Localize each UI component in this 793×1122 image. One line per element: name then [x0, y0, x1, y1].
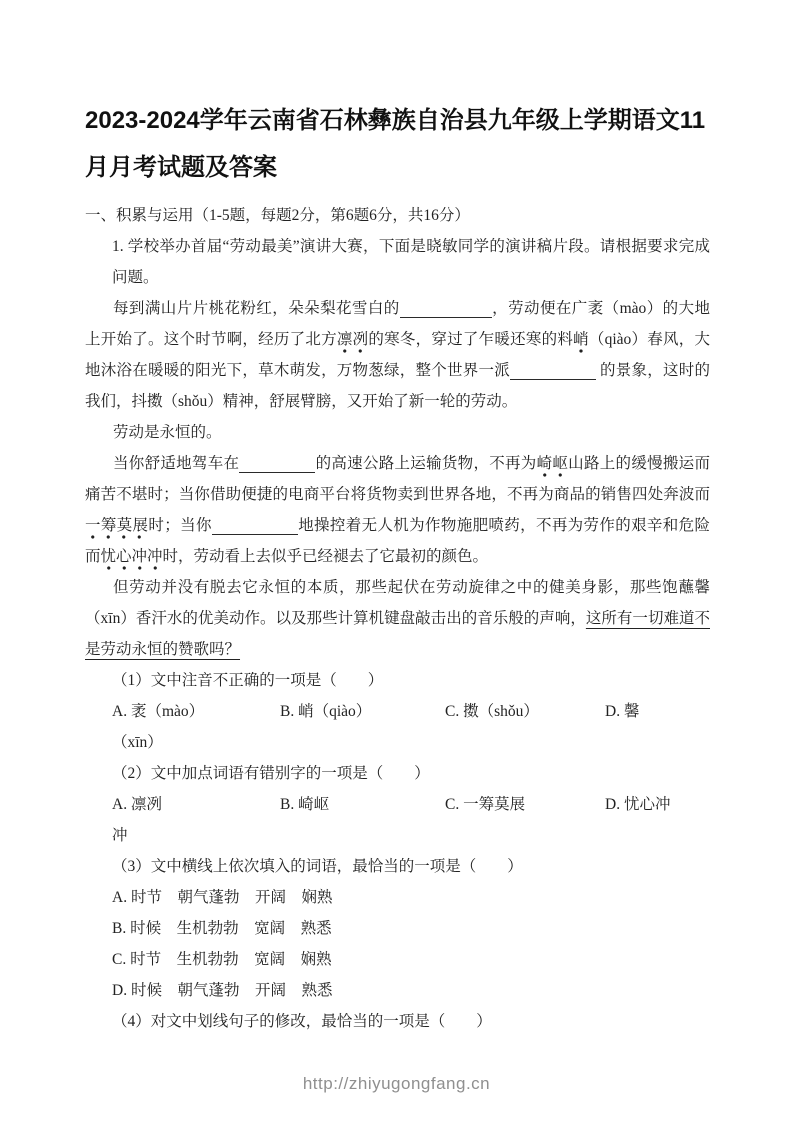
text-run: （2）文中加点词语有错别字的一项是（ ） [112, 765, 430, 782]
answer-blank [212, 518, 298, 535]
text-run: 冲 [112, 827, 128, 844]
text-run: （1）文中注音不正确的一项是（ ） [112, 672, 383, 689]
text-run: （4）对文中划线句子的修改，最恰当的一项是（ ） [112, 1013, 492, 1030]
option-cell: D. 馨 [605, 696, 710, 727]
option-cell: B. 崎岖 [280, 789, 445, 820]
text-run: B. 时候 生机勃勃 宽阔 熟悉 [112, 920, 332, 937]
emphasis-dotted-term: 凛冽 [337, 331, 369, 354]
option-cell: C. 一筹莫展 [445, 789, 605, 820]
text-run: D. 时候 朝气蓬勃 开阔 熟悉 [112, 982, 332, 999]
text-run: 劳动是永恒的。 [113, 424, 222, 441]
passage-paragraph: 但劳动并没有脱去它永恒的本质，那些起伏在劳动旋律之中的健美身影，那些饱蘸馨（xī… [85, 572, 710, 665]
text-run: 当你舒适地驾车在 [113, 455, 239, 472]
exam-title: 2023-2024学年云南省石林彝族自治县九年级上学期语文11月月考试题及答案 [85, 97, 710, 191]
sub-question-3: （3）文中横线上依次填入的词语，最恰当的一项是（ ） [85, 851, 710, 882]
emphasis-dotted-term: 峭 [573, 331, 589, 354]
document-body: 1. 学校举办首届“劳动最美”演讲大赛，下面是晓敏同学的演讲稿片段。请根据要求完… [85, 231, 710, 1037]
option-line-d: D. 时候 朝气蓬勃 开阔 熟悉 [85, 975, 710, 1006]
emphasis-dotted-term: 崎岖 [537, 455, 569, 478]
option-cell: A. 凛冽 [112, 789, 280, 820]
text-run: 时；当你 [148, 517, 211, 534]
passage-paragraph: 当你舒适地驾车在的高速公路上运输货物，不再为崎岖山路上的缓慢搬运而痛苦不堪时；当… [85, 448, 710, 572]
exam-document: 2023-2024学年云南省石林彝族自治县九年级上学期语文11月月考试题及答案 … [0, 0, 793, 1037]
option-line-b: B. 时候 生机勃勃 宽阔 熟悉 [85, 913, 710, 944]
text-run: 的寒冬，穿过了乍暖还寒的料 [368, 331, 573, 348]
text-run: 每到满山片片桃花粉红，朵朵梨花雪白的 [113, 300, 400, 317]
options-row-q1: A. 袤（mào）B. 峭（qiào）C. 擞（shǒu）D. 馨 [85, 696, 710, 727]
option-wrap-line: 冲 [85, 820, 710, 851]
emphasis-dotted-term: 一筹莫展 [85, 517, 148, 540]
sub-question-4: （4）对文中划线句子的修改，最恰当的一项是（ ） [85, 1006, 710, 1037]
options-row-q2: A. 凛冽B. 崎岖C. 一筹莫展D. 忧心冲 [85, 789, 710, 820]
section-heading: 一、积累与运用（1-5题，每题2分，第6题6分，共16分） [85, 200, 710, 231]
text-run: C. 时节 生机勃勃 宽阔 娴熟 [112, 951, 332, 968]
text-run: 时，劳动看上去似乎已经褪去了它最初的颜色。 [163, 548, 489, 565]
footer-watermark-url: http://zhiyugongfang.cn [0, 1075, 793, 1092]
answer-blank [400, 301, 492, 318]
text-run: 1. 学校举办首届“劳动最美”演讲大赛，下面是晓敏同学的演讲稿片段。请根据要求完… [112, 238, 710, 286]
answer-blank [510, 363, 596, 380]
option-wrap-line: （xīn） [85, 727, 710, 758]
text-run: 的高速公路上运输货物，不再为 [315, 455, 536, 472]
option-line-c: C. 时节 生机勃勃 宽阔 娴熟 [85, 944, 710, 975]
option-cell: C. 擞（shǒu） [445, 696, 605, 727]
text-run: （3）文中横线上依次填入的词语，最恰当的一项是（ ） [112, 858, 523, 875]
emphasis-dotted-term: 忧心冲冲 [101, 548, 163, 571]
text-run: A. 时节 朝气蓬勃 开阔 娴熟 [112, 889, 332, 906]
text-run: （xīn） [112, 734, 163, 751]
option-cell: B. 峭（qiào） [280, 696, 445, 727]
sub-question-1: （1）文中注音不正确的一项是（ ） [85, 665, 710, 696]
option-cell: D. 忧心冲 [605, 789, 710, 820]
passage-paragraph: 劳动是永恒的。 [85, 417, 710, 448]
option-cell: A. 袤（mào） [112, 696, 280, 727]
passage-paragraph: 每到满山片片桃花粉红，朵朵梨花雪白的，劳动便在广袤（mào）的大地上开始了。这个… [85, 293, 710, 417]
answer-blank [239, 456, 315, 473]
sub-question-2: （2）文中加点词语有错别字的一项是（ ） [85, 758, 710, 789]
option-line-a: A. 时节 朝气蓬勃 开阔 娴熟 [85, 882, 710, 913]
question-1-intro: 1. 学校举办首届“劳动最美”演讲大赛，下面是晓敏同学的演讲稿片段。请根据要求完… [85, 231, 710, 293]
